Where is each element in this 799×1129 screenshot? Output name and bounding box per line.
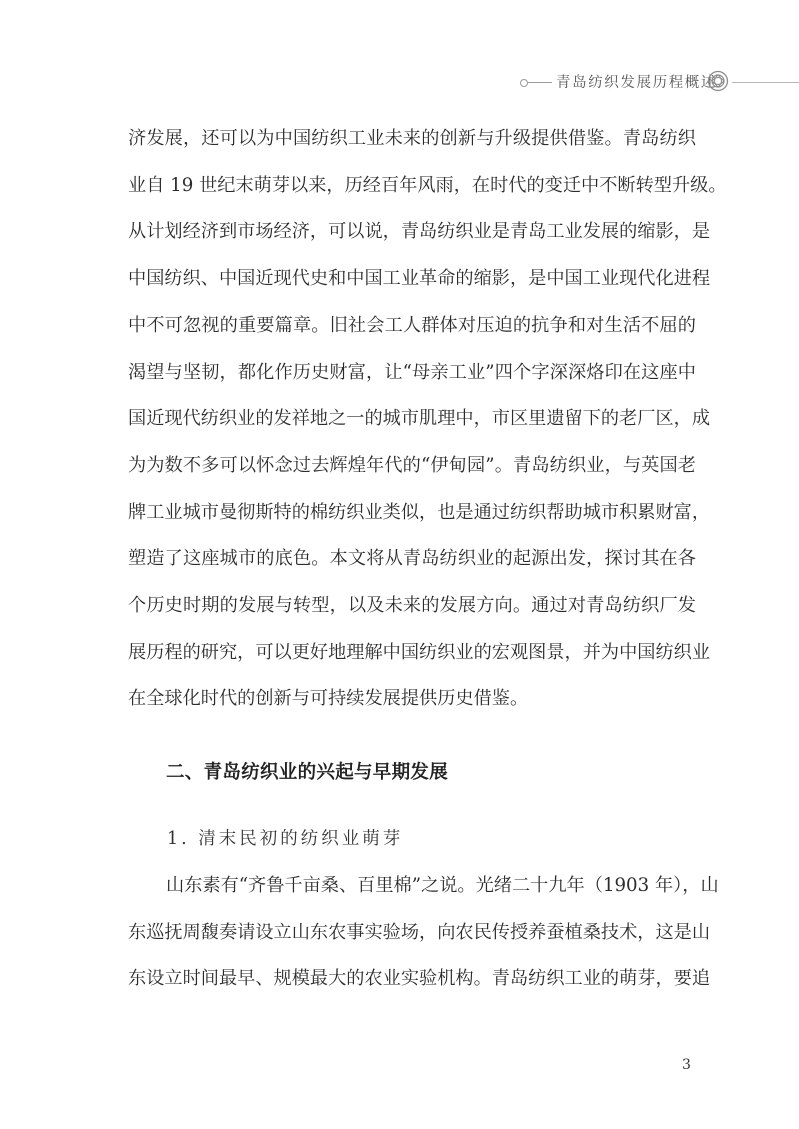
circle-ornament-icon	[520, 79, 528, 87]
header-rule-left	[528, 82, 552, 83]
text-line-indented: 山东素有“齐鲁千亩桑、百里棉”之说。光绪二十九年（1903 年），山	[166, 873, 696, 899]
text-line: 在全球化时代的创新与可持续发展提供历史借鉴。	[128, 686, 696, 712]
text-line: 济发展，还可以为中国纺织工业未来的创新与升级提供借鉴。青岛纺织	[128, 126, 696, 152]
knot-ornament-icon	[707, 70, 729, 92]
text-line: 从计划经济到市场经济，可以说，青岛纺织业是青岛工业发展的缩影，是	[128, 219, 696, 245]
subsection-heading: 1. 清末民初的纺织业萌芽	[167, 825, 403, 850]
text-line: 国近现代纺织业的发祥地之一的城市肌理中，市区里遗留下的老厂区，成	[128, 406, 696, 432]
text-line: 中国纺织、中国近现代史和中国工业革命的缩影，是中国工业现代化进程	[128, 266, 696, 292]
text-line: 个历史时期的发展与转型，以及未来的发展方向。通过对青岛纺织厂发	[128, 593, 696, 619]
text-line: 为为数不多可以怀念过去辉煌年代的“伊甸园”。青岛纺织业，与英国老	[128, 453, 696, 479]
text-line: 业自 19 世纪末萌芽以来，历经百年风雨，在时代的变迁中不断转型升级。	[128, 173, 696, 199]
header-rule-right	[732, 82, 799, 83]
section-heading: 二、青岛纺织业的兴起与早期发展	[166, 758, 448, 784]
text-line: 东设立时间最早、规模最大的农业实验机构。青岛纺织工业的萌芽，要追	[128, 966, 696, 992]
text-line: 展历程的研究，可以更好地理解中国纺织业的宏观图景，并为中国纺织业	[128, 640, 696, 666]
page-number: 3	[682, 1057, 691, 1073]
text-line: 东巡抚周馥奏请设立山东农事实验场，向农民传授养蚕植桑技术，这是山	[128, 920, 696, 946]
text-line: 渴望与坚韧，都化作历史财富，让“母亲工业”四个字深深烙印在这座中	[128, 360, 696, 386]
running-header: 青岛纺织发展历程概述	[520, 68, 799, 94]
text-line: 塑造了这座城市的底色。本文将从青岛纺织业的起源出发，探讨其在各	[128, 546, 696, 572]
text-line: 中不可忽视的重要篇章。旧社会工人群体对压迫的抗争和对生活不屈的	[128, 313, 696, 339]
running-title: 青岛纺织发展历程概述	[556, 71, 717, 92]
text-line: 牌工业城市曼彻斯特的棉纺织业类似，也是通过纺织帮助城市积累财富，	[128, 500, 696, 526]
